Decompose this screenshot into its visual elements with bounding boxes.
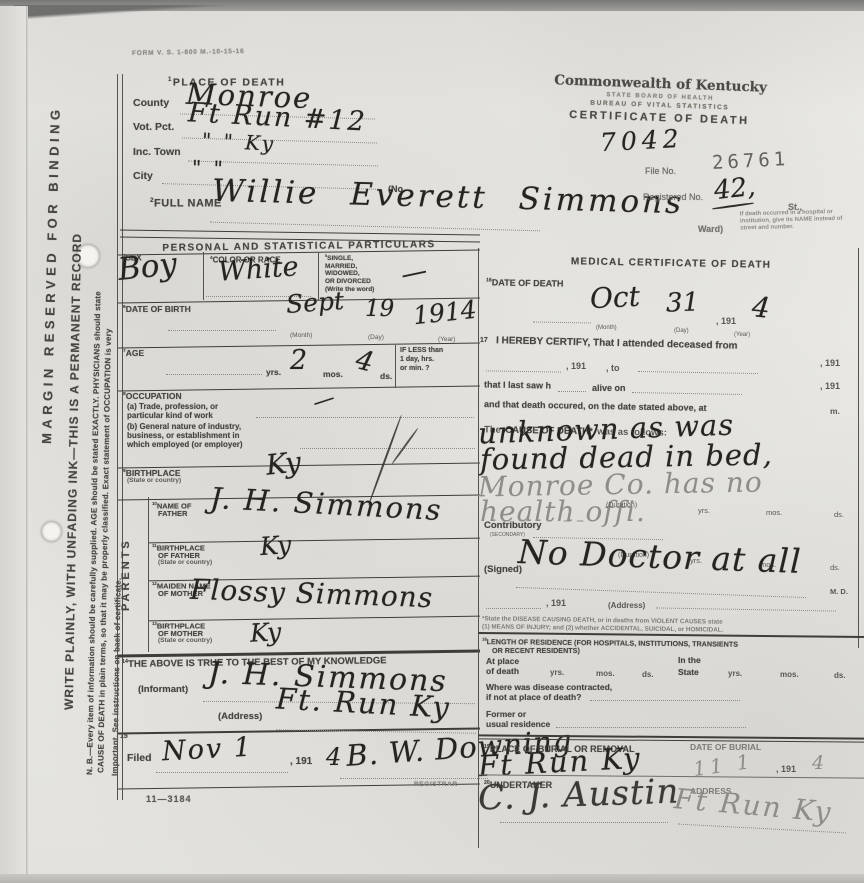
age-months-value: 2 [290,347,307,374]
birth-month-value: Sept [285,288,345,317]
bottom-form-code: 11—3184 [146,794,192,804]
filed-year-value: 4 [326,745,341,769]
registrar-label: REGISTRAR [414,781,458,788]
age-less-line: or min. ? [400,365,430,372]
undertaker-rule [500,822,668,823]
birth-year-value: 1914 [412,297,478,329]
city-label: City [133,170,153,182]
personal-section: PERSONAL AND STATISTICAL PARTICULARS 3SE… [118,240,480,818]
sex-value: Boy [117,249,179,286]
age-label-text: AGE [126,348,144,358]
residence-yrs2: yrs. [728,669,742,678]
residence-f1: Former or [486,709,526,719]
birth-month-sublabel: (Month) [290,332,312,339]
residence-title2: OR RECENT RESIDENTS) [492,646,580,655]
inc-town-value: " " Ky [202,130,277,154]
filed-rule [156,772,288,773]
certify-line2-pre: that I last saw h [484,379,551,390]
age-less-line: 1 day, hrs. [400,356,434,363]
father-name-l2: FATHER [158,509,187,518]
age-label: 7AGE [123,348,144,358]
cause-duration-label: (Duration) [606,502,637,509]
occupation-a-line: (a) Trade, profession, or [127,402,218,411]
certify-line1: I HEREBY CERTIFY, That I attended deceas… [496,335,738,351]
father-name-value: J. H. Simmons [209,484,443,525]
occupation-a-value: — [310,387,338,415]
dod-year-sublabel: (Year) [734,332,750,338]
dod-month-sublabel: (Month) [596,325,617,331]
undertaker-address-value: Ft Run Ky [673,785,833,827]
county-label: County [133,97,169,109]
grid-vline [395,345,396,388]
mother-bp-value: Ky [249,619,281,646]
registrar-rule [340,778,488,779]
dod-day-sublabel: (Day) [674,328,689,334]
age-less-line: IF LESS than [400,347,443,354]
cause-mos: mos. [766,508,782,517]
certify-line2-mid: alive on [592,383,626,393]
ward-label: Ward) [698,224,723,234]
occupation-label-text: OCCUPATION [126,391,182,401]
informant-address-label: (Address) [218,711,262,722]
certify-number: 17 [480,337,488,344]
birthplace-sublabel: (State or country) [127,477,181,484]
contributory-ds: ds. [830,563,840,572]
grid-vline [203,252,204,300]
burial-date-value: 11 1 [692,751,755,779]
race-value: White [217,253,299,286]
certify-191c: , 191 [820,381,840,391]
scan-corner-shadow [14,5,224,19]
medical-section: MEDICAL CERTIFICATE OF DEATH 16DATE OF D… [478,240,864,855]
marital-value: — [399,258,430,289]
birthplace-value: Ky [265,448,303,480]
marital-line: 5SINGLE, [325,253,374,263]
medical-title: MEDICAL CERTIFICATE OF DEATH [478,255,864,273]
contributory-label: Contributory [484,520,542,531]
informant-address-value: Ft. Run Ky [275,684,451,722]
cause-ds: ds. [834,510,844,519]
occupation-b-line: (b) General nature of industry, [127,422,241,431]
age-ds-label: ds. [380,371,392,381]
marital-line-text: SINGLE, [327,255,353,262]
certify-m-label: m. [830,406,840,416]
occupation-b-line: which employed (or employer) [127,440,243,449]
filed-label: Filed [127,752,152,764]
registered-no-value: 42, [713,174,757,204]
dod-year-printed: , 191 [716,316,736,326]
residence-f-rule [556,727,746,728]
filed-date-value: Nov 1 [161,734,253,766]
age-yrs-label: yrs. [266,367,281,377]
commonwealth-block: Commonwealth of Kentucky STATE BOARD OF … [534,72,786,129]
marital-line: OR DIVORCED [325,278,374,286]
registered-no-label: Registered No. [643,192,703,202]
file-no-value: 26761 [711,148,789,174]
birth-day-value: 19 [365,298,394,321]
residence-mos: mos. [596,669,615,678]
signed-rule [516,587,806,598]
hole-punch [41,521,62,542]
file-no-label: File No. [645,166,676,176]
signed-address-label: (Address) [608,601,645,610]
signed-year-printed: , 191 [546,598,566,608]
inc-town-label: Inc. Town [133,146,181,158]
age-days-value: 4 [353,346,376,376]
residence-in1: In the [678,655,701,665]
residence-at2: of death [486,666,519,676]
scan-bottom-edge [0,874,864,883]
signed-value: No Doctor at all [518,535,803,578]
parents-side-label: PARENTS [120,502,132,648]
ward-note: If death occurred in a hospital or insti… [740,209,853,233]
form-border-right [858,248,859,648]
certify-rule [486,370,561,372]
certify-rule [558,391,586,392]
dod-day-value: 31 [666,289,700,316]
dod-month-value: Oct [589,283,640,314]
father-bp-sublabel: (State or country) [158,559,212,566]
certify-rule [638,371,758,374]
residence-ds: ds. [642,670,654,679]
contributory-marks: – – [563,512,584,528]
certify-191b: , 191 [820,358,840,368]
age-rule [166,374,262,375]
occupation-b-line: business, or establishment in [127,431,239,440]
occupation-label: 8OCCUPATION [123,391,182,401]
binding-strip [0,6,26,883]
residence-in2: State [678,667,699,677]
birth-day-sublabel: (Day) [368,334,384,341]
burial-date-year-value: 4 [812,754,824,773]
residence-q-rule [590,700,740,701]
residence-f2: usual residence [486,719,550,729]
informant-label: (Informant) [138,684,188,695]
cause-yrs: yrs. [698,506,710,515]
signed-address-rule [656,607,836,611]
dod-rule [533,321,591,323]
certify-to: , to [606,363,620,373]
filed-number: 15 [120,733,128,740]
certificate-number-value: 7042 [599,126,684,155]
mother-name-value: Flossy Simmons [190,576,434,612]
residence-ds2: ds. [834,671,846,680]
birth-year-sublabel: (Year) [438,336,455,343]
father-bp-value: Ky [259,532,292,559]
age-mos-label: mos. [323,369,343,379]
occupation-a-rule [256,417,474,418]
signed-label: (Signed) [484,564,522,575]
certify-191a: , 191 [566,361,586,371]
marital-line: WIDOWED, [325,270,374,278]
filed-year-printed: , 191 [290,756,312,767]
residence-at1: At place [486,656,519,666]
dod-label-text: DATE OF DEATH [492,277,564,288]
precinct-label: Vot. Pct. [133,121,174,133]
grid-vline [148,497,149,652]
signed-md-label: M. D. [830,587,848,596]
dod-label: 16DATE OF DEATH [486,277,564,288]
residence-mos2: mos. [780,670,799,679]
residence-q2: if not at place of death? [486,692,581,702]
signed-date-rule [486,608,541,609]
certify-rule [632,392,742,395]
residence-q1: Where was disease contracted, [486,682,612,692]
birth-label-text: DATE OF BIRTH [126,304,191,314]
undertaker-value: C. J. Austin [477,774,679,815]
dod-year-value: 4 [751,293,772,323]
burial-date-year-printed: , 191 [776,764,796,774]
occupation-a-line: particular kind of work [127,411,213,420]
residence-yrs: yrs. [550,668,564,677]
birth-label: 6DATE OF BIRTH [123,304,191,314]
birth-rule [168,330,276,331]
paper-fold-edge [26,6,28,883]
mother-bp-sublabel: (State or country) [158,637,212,644]
